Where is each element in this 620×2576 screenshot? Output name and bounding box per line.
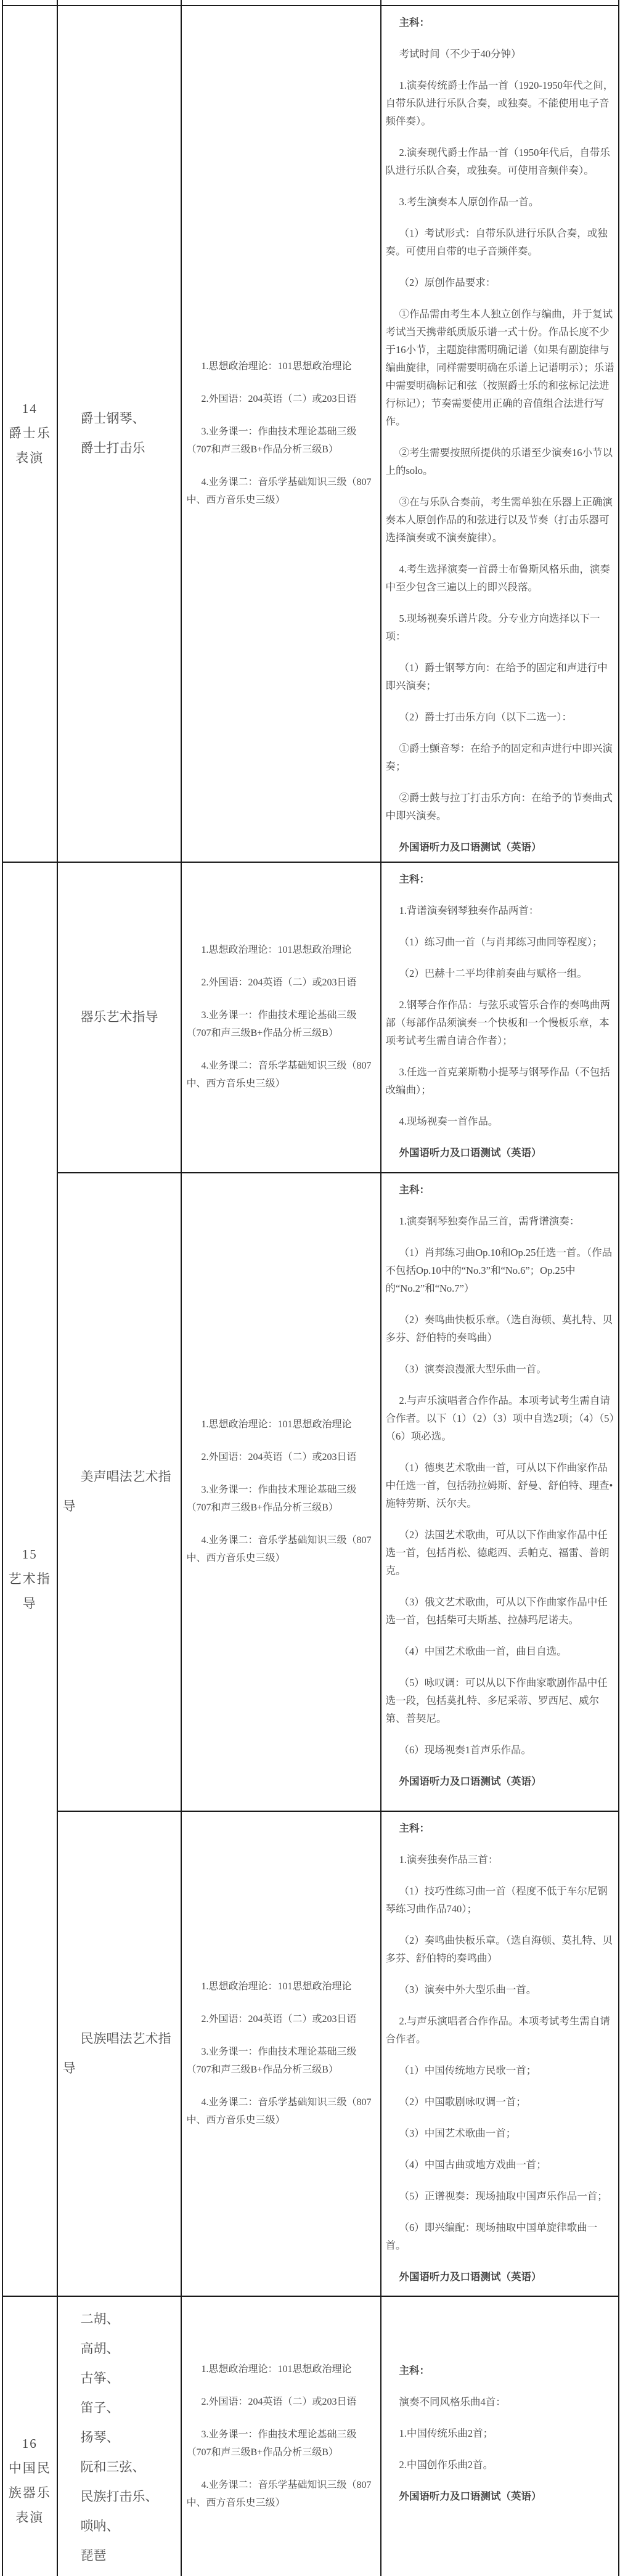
requirement-paragraph: （2）巴赫十二平均律前奏曲与赋格一组。	[386, 964, 615, 982]
category-label-line: 爵士乐	[9, 421, 51, 446]
requirement-paragraph: ②考生需要按照所提供的乐谱至少演奏16小节以上的solo。	[386, 444, 615, 479]
subjects-cell-15-3: 1.思想政治理论：101思想政治理论2.外国语：204英语（二）或203日语3.…	[182, 1811, 381, 2296]
exam-subject-item: 3.业务课一：作曲技术理论基础三级（707和声三级B+作品分析三级B）	[187, 2426, 375, 2461]
exam-subject-item: 1.思想政治理论：101思想政治理论	[187, 941, 375, 959]
exam-subject-item: 1.思想政治理论：101思想政治理论	[187, 1416, 375, 1433]
requirement-paragraph: 1.演奏传统爵士作品一首（1920-1950年代之间，自带乐队进行乐队合奏，或独…	[386, 76, 615, 130]
specialization-label: 美声唱法艺术指导	[63, 1462, 177, 1521]
row-number: 16	[22, 2431, 38, 2456]
exam-subject-item: 2.外国语：204英语（二）或203日语	[187, 1448, 375, 1466]
requirement-heading: 外国语听力及口语测试（英语）	[386, 2487, 615, 2505]
requirement-heading: 主科：	[386, 870, 615, 888]
category-cell-14: 14爵士乐表演	[3, 5, 57, 862]
requirement-paragraph: 2.与声乐演唱者合作作品。本项考试考生需自请合作者。	[386, 2012, 615, 2048]
requirements-cell-16-1: 主科：演奏不同风格乐曲4首：1.中国传统乐曲2首；2.中国创作乐曲2首。外国语听…	[381, 2296, 619, 2576]
row-number: 14	[22, 396, 38, 421]
requirement-heading: 主科：	[386, 2362, 615, 2379]
requirement-paragraph: （3）中国艺术歌曲一首；	[386, 2124, 615, 2142]
requirement-heading: 外国语听力及口语测试（英语）	[386, 838, 615, 856]
exam-subject-item: 2.外国语：204英语（二）或203日语	[187, 974, 375, 992]
exam-subject-item: 2.外国语：204英语（二）或203日语	[187, 2393, 375, 2411]
requirement-paragraph: ③在与乐队合奏前，考生需单独在乐器上正确演奏本人原创作品的和弦进行以及节奏（打击…	[386, 493, 615, 547]
requirement-paragraph: （1）练习曲一首（与肖邦练习曲同等程度）；	[386, 933, 615, 951]
requirement-paragraph: 1.中国传统乐曲2首；	[386, 2424, 615, 2442]
requirement-paragraph: （1）爵士钢琴方向：在给予的固定和声进行中即兴演奏；	[386, 659, 615, 695]
specialization-cell-16-1: 二胡、高胡、古筝、笛子、扬琴、阮和三弦、民族打击乐、唢呐、琵琶	[58, 2296, 181, 2576]
exam-subject-item: 1.思想政治理论：101思想政治理论	[187, 1978, 375, 1995]
requirement-paragraph: 2.与声乐演唱者合作作品。本项考试考生需自请合作者。以下（1）（2）（3）项中自…	[386, 1392, 615, 1445]
requirements-cell-15-3: 主科：1.演奏独奏作品三首：（1）技巧性练习曲一首（程度不低于车尔尼钢琴练习曲作…	[381, 1811, 619, 2296]
exam-subject-item: 3.业务课一：作曲技术理论基础三级（707和声三级B+作品分析三级B）	[187, 1006, 375, 1042]
category-label-line: 表演	[15, 446, 44, 470]
requirement-paragraph: （1）中国传统地方民歌一首；	[386, 2061, 615, 2079]
requirement-paragraph: （5）正谱视奏：现场抽取中国声乐作品一首；	[386, 2187, 615, 2205]
category-label-line: 族器乐	[9, 2480, 51, 2505]
specialization-label: 阮和三弦、	[63, 2452, 177, 2482]
requirement-paragraph: 考试时间（不少于40分钟）	[386, 45, 615, 63]
exam-subject-item: 4.业务课二：音乐学基础知识三级（807中、西方音乐史三级）	[187, 2476, 375, 2512]
specialization-cell-15-2: 美声唱法艺术指导	[58, 1172, 181, 1811]
requirement-paragraph: （3）演奏浪漫派大型乐曲一首。	[386, 1360, 615, 1378]
specialization-cell-15-3: 民族唱法艺术指导	[58, 1811, 181, 2296]
requirement-paragraph: （2）奏鸣曲快板乐章。（选自海顿、莫扎特、贝多芬、舒伯特的奏鸣曲）	[386, 1311, 615, 1347]
requirement-heading: 外国语听力及口语测试（英语）	[386, 2268, 615, 2286]
requirement-paragraph: ①作品需由考生本人独立创作与编曲，并于复试考试当天携带纸质版乐谱一式十份。作品长…	[386, 305, 615, 430]
subjects-cell-15-1: 1.思想政治理论：101思想政治理论2.外国语：204英语（二）或203日语3.…	[182, 862, 381, 1172]
requirements-cell-15-1: 主科：1.背谱演奏钢琴独奏作品两首：（1）练习曲一首（与肖邦练习曲同等程度）；（…	[381, 862, 619, 1172]
requirement-paragraph: 3.考生演奏本人原创作品一首。	[386, 193, 615, 211]
subjects-cell-15-2: 1.思想政治理论：101思想政治理论2.外国语：204英语（二）或203日语3.…	[182, 1172, 381, 1811]
requirement-paragraph: （2）奏鸣曲快板乐章。（选自海顿、莫扎特、贝多芬、舒伯特的奏鸣曲）	[386, 1931, 615, 1967]
category-cell-15: 15艺术指导	[3, 862, 57, 2296]
specialization-label: 唢呐、	[63, 2511, 177, 2541]
requirement-paragraph: （4）中国艺术歌曲一首，曲目自选。	[386, 1642, 615, 1660]
requirement-paragraph: ①爵士颤音琴：在给予的固定和声进行中即兴演奏；	[386, 740, 615, 775]
exam-subject-item: 3.业务课一：作曲技术理论基础三级（707和声三级B+作品分析三级B）	[187, 423, 375, 459]
requirement-paragraph: 2.钢琴合作作品：与弦乐或管乐合作的奏鸣曲两部（每部作品须演奏一个快板和一个慢板…	[386, 996, 615, 1050]
category-cell-16: 16中国民族器乐表演	[3, 2296, 57, 2576]
requirement-paragraph: （2）原创作品要求：	[386, 274, 615, 291]
requirement-heading: 主科：	[386, 14, 615, 31]
row-number: 15	[22, 1542, 38, 1567]
requirement-paragraph: 4.现场视奏一首作品。	[386, 1112, 615, 1130]
requirement-paragraph: 演奏不同风格乐曲4首：	[386, 2393, 615, 2411]
exam-subject-item: 4.业务课二：音乐学基础知识三级（807中、西方音乐史三级）	[187, 2093, 375, 2129]
exam-subject-item: 3.业务课一：作曲技术理论基础三级（707和声三级B+作品分析三级B）	[187, 2043, 375, 2079]
requirement-paragraph: 1.演奏钢琴独奏作品三首，需背谱演奏：	[386, 1212, 615, 1230]
requirement-paragraph: （6）现场视奏1首声乐作品。	[386, 1741, 615, 1759]
requirement-paragraph: 4.考生选择演奏一首爵士布鲁斯风格乐曲，演奏中至少包含三遍以上的即兴段落。	[386, 560, 615, 596]
requirement-heading: 外国语听力及口语测试（英语）	[386, 1772, 615, 1790]
exam-subject-item: 3.业务课一：作曲技术理论基础三级（707和声三级B+作品分析三级B）	[187, 1481, 375, 1517]
requirement-paragraph: （1）技巧性练习曲一首（程度不低于车尔尼钢琴练习曲作品740）；	[386, 1882, 615, 1918]
specialization-cell-14-1: 爵士钢琴、爵士打击乐	[58, 5, 181, 862]
requirement-paragraph: （3）俄文艺术歌曲，可从以下作曲家作品中任选一首，包括柴可夫斯基、拉赫玛尼诺夫。	[386, 1593, 615, 1629]
requirement-paragraph: （2）爵士打击乐方向（以下二选一）：	[386, 708, 615, 726]
specialization-label: 扬琴、	[63, 2423, 177, 2452]
specialization-label: 二胡、	[63, 2304, 177, 2334]
exam-subject-item: 2.外国语：204英语（二）或203日语	[187, 390, 375, 408]
requirement-heading: 主科：	[386, 1181, 615, 1199]
category-label-line: 中国民	[9, 2456, 51, 2480]
requirements-cell-14-1: 主科：考试时间（不少于40分钟）1.演奏传统爵士作品一首（1920-1950年代…	[381, 5, 619, 862]
requirement-paragraph: （2）中国歌剧咏叹调一首；	[386, 2093, 615, 2111]
specialization-label: 民族打击乐、	[63, 2482, 177, 2511]
requirement-paragraph: 1.演奏独奏作品三首：	[386, 1851, 615, 1869]
specialization-cell-15-1: 器乐艺术指导	[58, 862, 181, 1172]
subjects-cell-14-1: 1.思想政治理论：101思想政治理论2.外国语：204英语（二）或203日语3.…	[182, 5, 381, 862]
requirement-paragraph: 1.背谱演奏钢琴独奏作品两首：	[386, 902, 615, 919]
requirement-paragraph: ②爵士鼓与拉丁打击乐方向：在给予的节奏曲式中即兴演奏。	[386, 789, 615, 825]
exam-subject-item: 2.外国语：204英语（二）或203日语	[187, 2010, 375, 2028]
requirement-paragraph: （5）咏叹调：可以从以下作曲家歌剧作品中任选一段，包括莫扎特、多尼采蒂、罗西尼、…	[386, 1674, 615, 1727]
exam-subject-item: 4.业务课二：音乐学基础知识三级（807中、西方音乐史三级）	[187, 1057, 375, 1093]
requirement-paragraph: 2.演奏现代爵士作品一首（1950年代后，自带乐队进行乐队合奏，或独奏。可使用音…	[386, 144, 615, 179]
requirements-cell-15-2: 主科：1.演奏钢琴独奏作品三首，需背谱演奏：（1）肖邦练习曲Op.10和Op.2…	[381, 1172, 619, 1811]
specialization-label: 器乐艺术指导	[63, 1002, 177, 1032]
specialization-label: 笛子、	[63, 2393, 177, 2423]
requirement-paragraph: （6）即兴编配：现场抽取中国单旋律歌曲一首。	[386, 2219, 615, 2254]
exam-subject-item: 1.思想政治理论：101思想政治理论	[187, 2360, 375, 2378]
requirement-paragraph: （3）演奏中外大型乐曲一首。	[386, 1981, 615, 1999]
requirement-paragraph: （1）考试形式：自带乐队进行乐队合奏，或独奏。可使用自带的电子音频伴奏。	[386, 224, 615, 260]
requirement-heading: 外国语听力及口语测试（英语）	[386, 1144, 615, 1162]
specialization-label: 琵琶	[63, 2541, 177, 2570]
exam-subject-item: 1.思想政治理论：101思想政治理论	[187, 357, 375, 375]
exam-subject-item: 4.业务课二：音乐学基础知识三级（807中、西方音乐史三级）	[187, 1531, 375, 1567]
specialization-label: 爵士钢琴、	[63, 404, 177, 433]
table-border-vertical-right	[618, 0, 619, 2576]
specialization-label: 高胡、	[63, 2334, 177, 2363]
exam-subject-item: 4.业务课二：音乐学基础知识三级（807中、西方音乐史三级）	[187, 473, 375, 509]
category-label-line: 表演	[15, 2505, 44, 2530]
requirement-paragraph: （2）法国艺术歌曲，可从以下作曲家作品中任选一首，包括肖松、德彪西、丢帕克、福雷…	[386, 1526, 615, 1579]
category-label-line: 导	[23, 1591, 37, 1616]
exam-requirements-table-page: 14爵士乐表演爵士钢琴、爵士打击乐1.思想政治理论：101思想政治理论2.外国语…	[0, 0, 620, 2576]
specialization-label: 民族唱法艺术指导	[63, 2024, 177, 2083]
specialization-label: 爵士打击乐	[63, 433, 177, 463]
specialization-label: 古筝、	[63, 2363, 177, 2393]
requirement-paragraph: 2.中国创作乐曲2首。	[386, 2456, 615, 2474]
requirement-paragraph: （1）德奥艺术歌曲一首，可从以下作曲家作品中任选一首，包括勃拉姆斯、舒曼、舒伯特…	[386, 1459, 615, 1512]
requirement-paragraph: 3.任选一首克莱斯勒小提琴与钢琴作品（不包括改编曲）；	[386, 1063, 615, 1099]
category-label-line: 艺术指	[9, 1567, 51, 1591]
requirement-paragraph: 5.现场视奏乐谱片段。分专业方向选择以下一项：	[386, 609, 615, 645]
subjects-cell-16-1: 1.思想政治理论：101思想政治理论2.外国语：204英语（二）或203日语3.…	[182, 2296, 381, 2576]
requirement-paragraph: （4）中国古曲或地方戏曲一首；	[386, 2156, 615, 2174]
requirement-heading: 主科：	[386, 1819, 615, 1837]
requirement-paragraph: （1）肖邦练习曲Op.10和Op.25任选一首。（作品不包括Op.10中的“No…	[386, 1244, 615, 1297]
